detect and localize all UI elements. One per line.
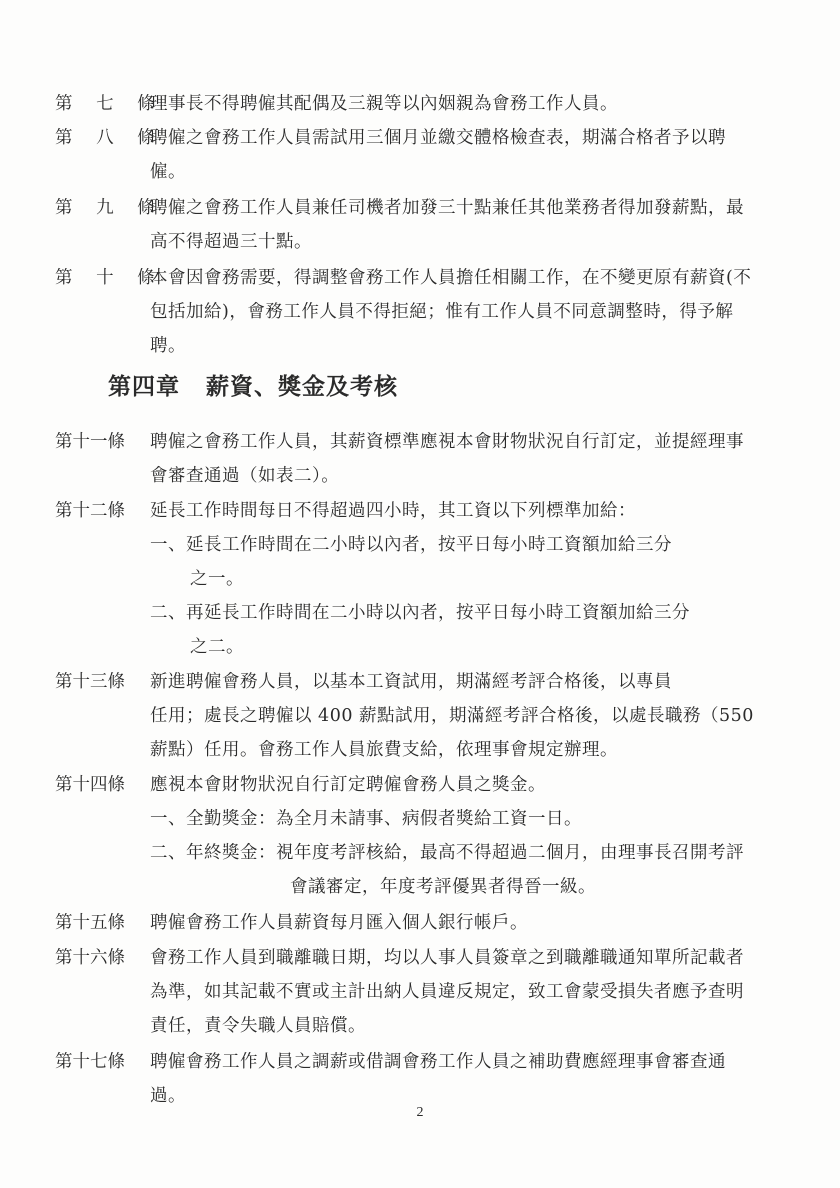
article-label: 第十六條 [55, 946, 125, 970]
article-text: 會審查通過（如表二）。 [150, 464, 339, 488]
article-text: 聘僱會務工作人員之調薪或借調會務工作人員之補助費應經理事會審查通 [150, 1050, 726, 1074]
article-subitem: 之一。 [190, 567, 244, 591]
article-subitem: 一、延長工作時間在二小時以內者，按平日每小時工資額加給三分 [150, 533, 672, 557]
article-subitem: 之二。 [190, 635, 244, 659]
article-subitem: 二、年終獎金：視年度考評核給，最高不得超過二個月，由理事長召開考評 [150, 841, 744, 865]
page-number: 2 [0, 1105, 840, 1121]
article-text: 聘。 [150, 334, 186, 358]
chapter-title: 薪資、獎金及考核 [206, 373, 398, 400]
article-text: 應視本會財物狀況自行訂定聘僱會務人員之獎金。 [150, 773, 546, 797]
article-subitem: 一、全勤獎金：為全月未請事、病假者獎給工資一日。 [150, 807, 582, 831]
article-text: 會務工作人員到職離職日期，均以人事人員簽章之到職離職通知單所記載者 [150, 946, 744, 970]
article-label: 第十三條 [55, 670, 125, 694]
chapter-heading: 第四章薪資、獎金及考核 [108, 372, 398, 402]
article-label: 第十七條 [55, 1050, 125, 1074]
article-text: 聘僱會務工作人員薪資每月匯入個人銀行帳戶。 [150, 911, 528, 935]
article-text: 新進聘僱會務人員，以基本工資試用，期滿經考評合格後，以專員 [150, 670, 672, 694]
article-label: 第 十 條 [55, 266, 164, 290]
article-text: 責任，責令失職人員賠償。 [150, 1014, 366, 1038]
article-text: 延長工作時間每日不得超過四小時，其工資以下列標準加給： [150, 499, 636, 523]
document-page: 第 七 條 理事長不得聘僱其配偶及三親等以內姻親為會務工作人員。 第 八 條 聘… [0, 0, 840, 1188]
article-text: 聘僱之會務工作人員需試用三個月並繳交體格檢查表，期滿合格者予以聘 [150, 126, 726, 150]
article-subitem: 會議審定，年度考評優異者得晉一級。 [290, 875, 596, 899]
article-text: 為準，如其記載不實或主計出納人員違反規定，致工會蒙受損失者應予查明 [150, 980, 744, 1004]
article-label: 第 九 條 [55, 196, 164, 220]
article-label: 第十二條 [55, 499, 125, 523]
article-text: 聘僱之會務工作人員兼任司機者加發三十點兼任其他業務者得加發薪點，最 [150, 196, 744, 220]
article-label: 第 七 條 [55, 92, 164, 116]
article-text: 薪點）任用。會務工作人員旅費支給，依理事會規定辦理。 [150, 738, 618, 762]
article-label: 第十五條 [55, 911, 125, 935]
article-label: 第十一條 [55, 430, 125, 454]
article-text: 理事長不得聘僱其配偶及三親等以內姻親為會務工作人員。 [150, 92, 618, 116]
article-text: 聘僱之會務工作人員，其薪資標準應視本會財物狀況自行訂定，並提經理事 [150, 430, 744, 454]
article-subitem: 二、再延長工作時間在二小時以內者，按平日每小時工資額加給三分 [150, 601, 690, 625]
article-text: 高不得超過三十點。 [150, 230, 312, 254]
article-label: 第十四條 [55, 773, 125, 797]
article-text: 僱。 [150, 160, 186, 184]
article-text: 包括加給)，會務工作人員不得拒絕；惟有工作人員不同意調整時，得予解 [150, 300, 733, 324]
chapter-number: 第四章 [108, 373, 180, 400]
article-text: 任用；處長之聘僱以 400 薪點試用，期滿經考評合格後，以處長職務（550 [150, 704, 754, 728]
article-text: 本會因會務需要，得調整會務工作人員擔任相關工作，在不變更原有薪資(不 [150, 266, 751, 290]
article-label: 第 八 條 [55, 126, 164, 150]
